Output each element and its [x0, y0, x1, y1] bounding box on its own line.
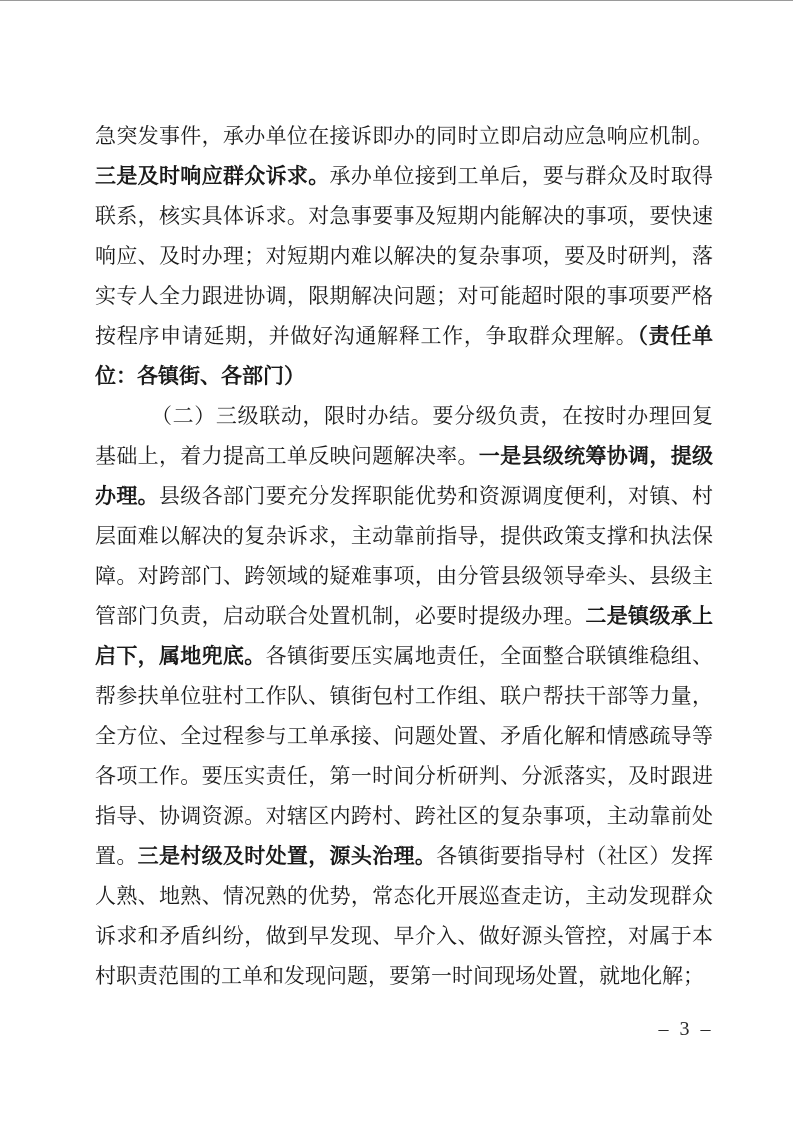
emphasis-text: 位：各镇街、各部门）	[95, 364, 305, 388]
emphasis-text: 一是县级统筹协调，提级	[479, 444, 713, 468]
body-text: 承办单位接到工单后，要与群众及时取得	[330, 164, 713, 188]
body-text: 各镇街要压实属地责任，全面整合联镇维稳组、	[266, 644, 713, 668]
emphasis-text: （责任单	[637, 324, 713, 348]
text-line: 置。三是村级及时处置，源头治理。各镇街要指导村（社区）发挥	[95, 836, 713, 876]
body-text: 县级各部门要充分发挥职能优势和资源调度便利，对镇、村	[159, 484, 713, 508]
body-text: （二）三级联动，限时办结。要分级负责，在按时办理回复	[151, 404, 713, 428]
text-line: 全方位、全过程参与工单承接、问题处置、矛盾化解和情感疏导等	[95, 716, 713, 756]
text-line: 急突发事件，承办单位在接诉即办的同时立即启动应急响应机制。	[95, 116, 713, 156]
text-line: 各项工作。要压实责任，第一时间分析研判、分派落实，及时跟进	[95, 756, 713, 796]
text-line: 村职责范围的工单和发现问题，要第一时间现场处置，就地化解；	[95, 956, 713, 996]
body-text: 人熟、地熟、情况熟的优势，常态化开展巡查走访，主动发现群众	[95, 884, 713, 908]
body-text: 诉求和矛盾纠纷，做到早发现、早介入、做好源头管控，对属于本	[95, 924, 713, 948]
emphasis-text: 启下，属地兜底。	[95, 644, 266, 668]
emphasis-text: 二是镇级承上	[585, 604, 713, 628]
text-line: 人熟、地熟、情况熟的优势，常态化开展巡查走访，主动发现群众	[95, 876, 713, 916]
text-line: 诉求和矛盾纠纷，做到早发现、早介入、做好源头管控，对属于本	[95, 916, 713, 956]
text-line: 基础上，着力提高工单反映问题解决率。一是县级统筹协调，提级	[95, 436, 713, 476]
text-line: 障。对跨部门、跨领域的疑难事项，由分管县级领导牵头、县级主	[95, 556, 713, 596]
document-body: 急突发事件，承办单位在接诉即办的同时立即启动应急响应机制。三是及时响应群众诉求。…	[95, 116, 713, 996]
body-text: 层面难以解决的复杂诉求，主动靠前指导，提供政策支撑和执法保	[95, 524, 713, 548]
body-text: 帮参扶单位驻村工作队、镇街包村工作组、联户帮扶干部等力量，	[95, 684, 713, 708]
body-text: 置。	[95, 844, 138, 868]
body-text: 响应、及时办理；对短期内难以解决的复杂事项，要及时研判，落	[95, 244, 713, 268]
text-line: 响应、及时办理；对短期内难以解决的复杂事项，要及时研判，落	[95, 236, 713, 276]
text-line: 帮参扶单位驻村工作队、镇街包村工作组、联户帮扶干部等力量，	[95, 676, 713, 716]
text-line: 管部门负责，启动联合处置机制，必要时提级办理。二是镇级承上	[95, 596, 713, 636]
emphasis-text: 三是及时响应群众诉求。	[95, 164, 330, 188]
body-text: 管部门负责，启动联合处置机制，必要时提级办理。	[95, 604, 585, 628]
text-line: 指导、协调资源。对辖区内跨村、跨社区的复杂事项，主动靠前处	[95, 796, 713, 836]
body-text: 各项工作。要压实责任，第一时间分析研判、分派落实，及时跟进	[95, 764, 713, 788]
body-text: 急突发事件，承办单位在接诉即办的同时立即启动应急响应机制。	[95, 124, 713, 148]
emphasis-text: 三是村级及时处置，源头治理。	[138, 844, 437, 868]
text-line: 实专人全力跟进协调，限期解决问题；对可能超时限的事项要严格	[95, 276, 713, 316]
body-text: 障。对跨部门、跨领域的疑难事项，由分管县级领导牵头、县级主	[95, 564, 713, 588]
text-line: 位：各镇街、各部门）	[95, 356, 713, 396]
body-text: 村职责范围的工单和发现问题，要第一时间现场处置，就地化解；	[95, 964, 704, 988]
body-text: 各镇街要指导村（社区）发挥	[436, 844, 713, 868]
body-text: 基础上，着力提高工单反映问题解决率。	[95, 444, 479, 468]
body-text: 按程序申请延期，并做好沟通解释工作，争取群众理解。	[95, 324, 637, 348]
body-text: 实专人全力跟进协调，限期解决问题；对可能超时限的事项要严格	[95, 284, 713, 308]
text-line: 办理。县级各部门要充分发挥职能优势和资源调度便利，对镇、村	[95, 476, 713, 516]
body-text: 全方位、全过程参与工单承接、问题处置、矛盾化解和情感疏导等	[95, 724, 713, 748]
emphasis-text: 办理。	[95, 484, 159, 508]
body-text: 指导、协调资源。对辖区内跨村、跨社区的复杂事项，主动靠前处	[95, 804, 713, 828]
text-line: 层面难以解决的复杂诉求，主动靠前指导，提供政策支撑和执法保	[95, 516, 713, 556]
text-line: 三是及时响应群众诉求。承办单位接到工单后，要与群众及时取得	[95, 156, 713, 196]
text-line: 启下，属地兜底。各镇街要压实属地责任，全面整合联镇维稳组、	[95, 636, 713, 676]
page-number: – 3 –	[648, 1014, 724, 1044]
document-page: 急突发事件，承办单位在接诉即办的同时立即启动应急响应机制。三是及时响应群众诉求。…	[0, 0, 793, 1122]
text-line: 按程序申请延期，并做好沟通解释工作，争取群众理解。（责任单	[95, 316, 713, 356]
text-line: （二）三级联动，限时办结。要分级负责，在按时办理回复	[95, 396, 713, 436]
body-text: 联系，核实具体诉求。对急事要事及短期内能解决的事项，要快速	[95, 204, 713, 228]
scan-edge-artifact	[0, 0, 793, 1]
text-line: 联系，核实具体诉求。对急事要事及短期内能解决的事项，要快速	[95, 196, 713, 236]
